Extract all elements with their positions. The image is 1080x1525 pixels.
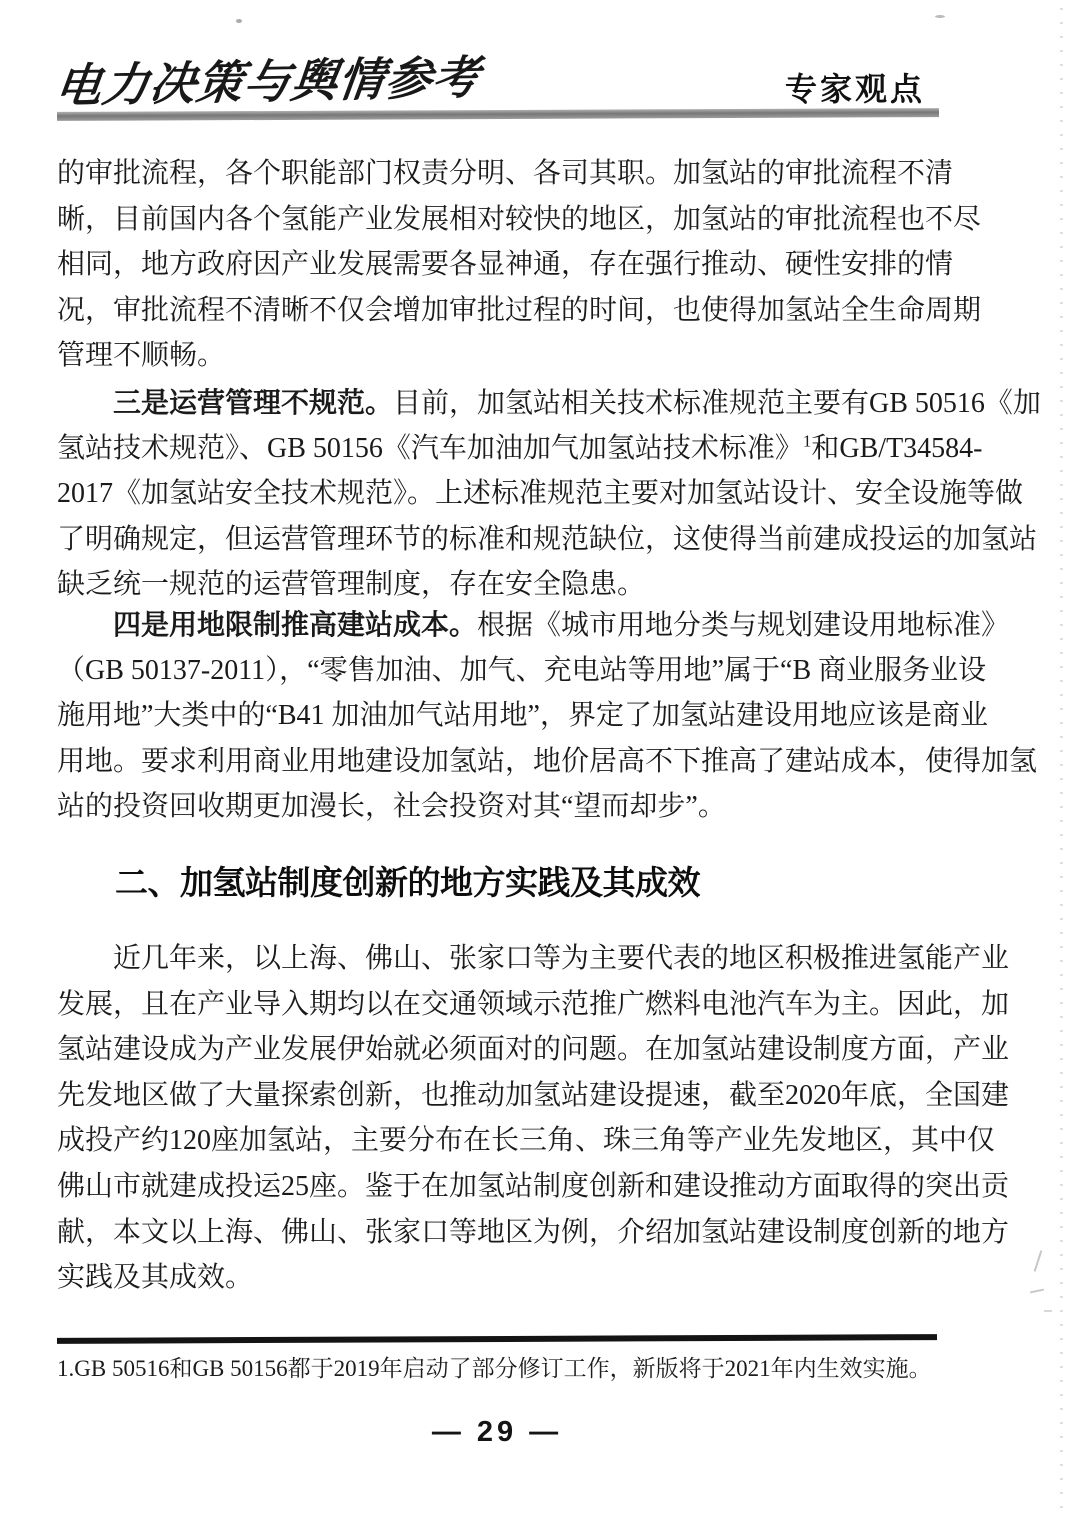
- text-line: 施用地”大类中的“B41 加油加气站用地”，界定了加氢站建设用地应该是商业: [57, 693, 947, 739]
- paragraph-local-practice: 近几年来，以上海、佛山、张家口等为主要代表的地区积极推进氢能产业 发展，且在产业…: [57, 936, 947, 1301]
- text-line: 近几年来，以上海、佛山、张家口等为主要代表的地区积极推进氢能产业: [57, 936, 947, 982]
- section-heading: 二、加氢站制度创新的地方实践及其成效: [115, 857, 700, 904]
- text-line: 晰，目前国内各个氢能产业发展相对较快的地区，加氢站的审批流程也不尽: [57, 197, 947, 243]
- text-segment: 和GB/T34584-: [811, 433, 982, 464]
- document-page: 电力决策与舆情参考 专家观点 的审批流程，各个职能部门权责分明、各司其职。加氢站…: [0, 0, 1080, 1525]
- page-number: — 29 —: [57, 1416, 937, 1449]
- text-line: 成投产约120座加氢站，主要分布在长三角、珠三角等产业先发地区，其中仅: [57, 1118, 947, 1164]
- text-line: 管理不顺畅。: [57, 333, 947, 379]
- scan-edge-speckle: [1060, 8, 1063, 1513]
- text-line: 献，本文以上海、佛山、张家口等地区为例，介绍加氢站建设制度创新的地方: [57, 1210, 947, 1256]
- journal-masthead: 电力决策与舆情参考: [52, 41, 484, 116]
- scan-artifact: [935, 15, 945, 18]
- bold-lead: 四是用地限制推高建站成本。: [113, 609, 477, 640]
- text-line: 用地。要求利用商业用地建设加氢站，地价居高不下推高了建站成本，使得加氢: [57, 739, 947, 785]
- text-line: 先发地区做了大量探索创新，也推动加氢站建设提速，截至2020年底，全国建: [57, 1073, 947, 1119]
- text-segment: 氢站技术规范》、GB 50156《汽车加油加气加氢站技术标准》: [57, 433, 803, 464]
- footnote-text: 1.GB 50516和GB 50156都于2019年启动了部分修订工作，新版将于…: [57, 1352, 947, 1386]
- text-line: 三是运营管理不规范。目前，加氢站相关技术标准规范主要有GB 50516《加: [57, 380, 947, 426]
- text-segment: 目前，加氢站相关技术标准规范主要有GB 50516《加: [393, 388, 1041, 419]
- paragraph-point-four: 四是用地限制推高建站成本。根据《城市用地分类与规划建设用地标准》 （GB 501…: [57, 602, 947, 830]
- text-line: 实践及其成效。: [57, 1255, 947, 1301]
- text-line: 氢站建设成为产业发展伊始就必须面对的问题。在加氢站建设制度方面，产业: [57, 1027, 947, 1073]
- scan-artifact: [1044, 1310, 1052, 1312]
- scan-artifact: [1030, 1289, 1044, 1294]
- scan-artifact: [236, 19, 242, 23]
- text-line: 发展，且在产业导入期均以在交通领域示范推广燃料电池汽车为主。因此，加: [57, 982, 947, 1028]
- scan-artifact: [1034, 1250, 1043, 1272]
- text-line: 四是用地限制推高建站成本。根据《城市用地分类与规划建设用地标准》: [57, 602, 947, 648]
- bold-lead: 三是运营管理不规范。: [113, 387, 393, 418]
- text-line: 况，审批流程不清晰不仅会增加审批过程的时间，也使得加氢站全生命周期: [57, 288, 947, 334]
- text-line: 的审批流程，各个职能部门权责分明、各司其职。加氢站的审批流程不清: [57, 151, 947, 197]
- section-label: 专家观点: [785, 64, 925, 110]
- paragraph-continuation: 的审批流程，各个职能部门权责分明、各司其职。加氢站的审批流程不清 晰，目前国内各…: [57, 151, 947, 379]
- paragraph-point-three: 三是运营管理不规范。目前，加氢站相关技术标准规范主要有GB 50516《加 氢站…: [57, 380, 947, 608]
- text-line: 相同，地方政府因产业发展需要各显神通，存在强行推动、硬性安排的情: [57, 242, 947, 288]
- text-line: 佛山市就建成投运25座。鉴于在加氢站制度创新和建设推动方面取得的突出贡: [57, 1164, 947, 1210]
- text-line: 站的投资回收期更加漫长，社会投资对其“望而却步”。: [57, 784, 947, 830]
- text-segment: 根据《城市用地分类与规划建设用地标准》: [477, 610, 1009, 641]
- text-line: 2017《加氢站安全技术规范》。上述标准规范主要对加氢站设计、安全设施等做: [57, 471, 947, 517]
- footnote-separator-rule: [57, 1334, 937, 1344]
- text-line: （GB 50137-2011），“零售加油、加气、充电站等用地”属于“B 商业服…: [57, 648, 947, 694]
- text-line: 氢站技术规范》、GB 50156《汽车加油加气加氢站技术标准》1和GB/T345…: [57, 426, 947, 472]
- text-line: 了明确规定，但运营管理环节的标准和规范缺位，这使得当前建成投运的加氢站: [57, 517, 947, 563]
